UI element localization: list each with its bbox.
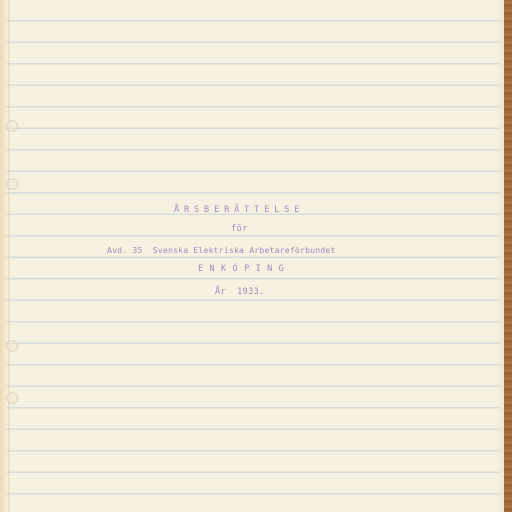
preposition-text: för [231, 225, 248, 234]
page-fold-line [8, 0, 10, 512]
year-line: År 1933. [215, 288, 265, 297]
cork-background-edge [504, 0, 512, 512]
document-title: ÅRSBERÄTTELSE [174, 206, 304, 215]
punch-hole-icon [6, 340, 18, 352]
punch-hole-icon [6, 392, 18, 404]
punch-hole-icon [6, 178, 18, 190]
city-name: ENKÖPING [198, 265, 290, 274]
punch-hole-icon [6, 120, 18, 132]
page-left-edge [0, 0, 8, 512]
lined-paper-page: ÅRSBERÄTTELSE för Avd. 35 Svenska Elektr… [0, 0, 504, 512]
organization-name: Avd. 35 Svenska Elektriska Arbetareförbu… [107, 246, 336, 254]
page-right-shadow [496, 0, 504, 512]
